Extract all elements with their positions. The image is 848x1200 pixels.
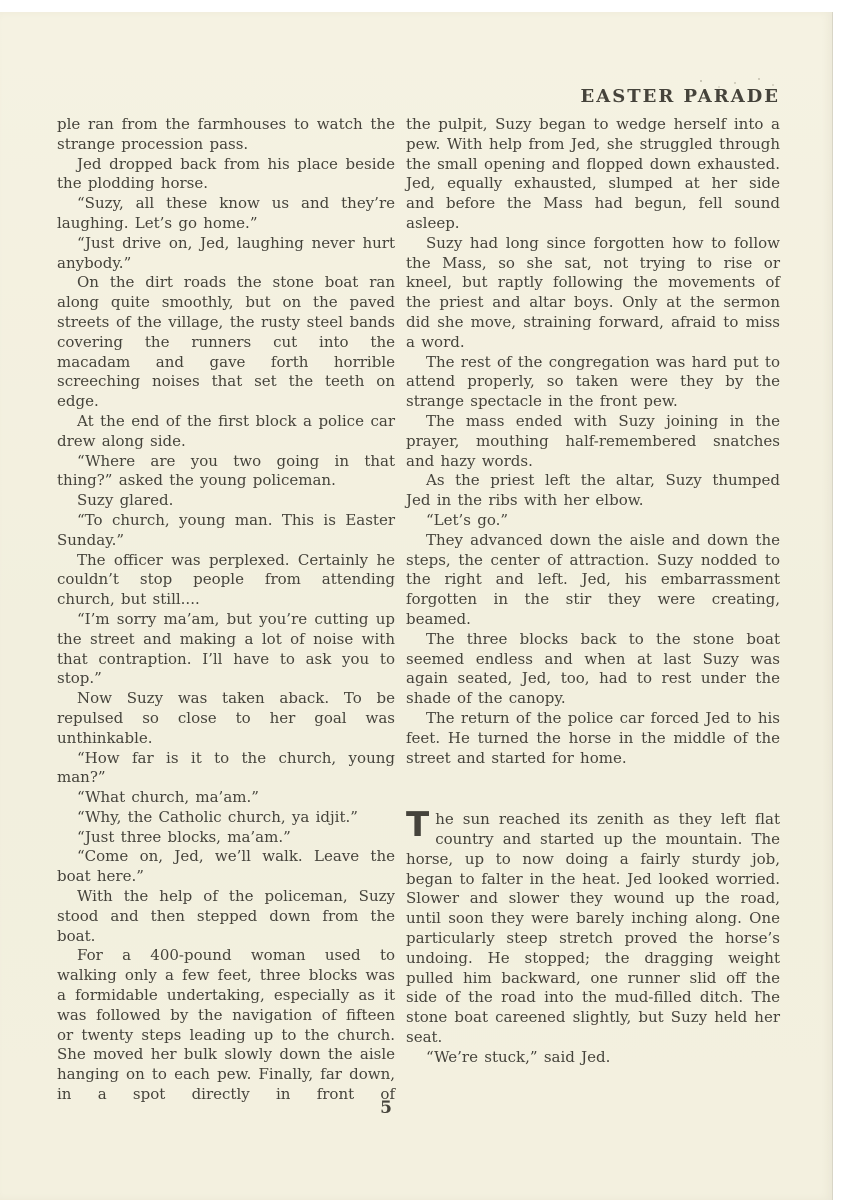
section-opening-paragraph: The sun reached its zenith as they left … — [406, 810, 780, 1048]
paragraph: “What church, ma’am.” — [57, 788, 395, 808]
paragraph: The return of the police car forced Jed … — [406, 709, 780, 768]
section-opening-text: he sun reached its zenith as they left f… — [406, 810, 780, 1046]
paragraph: “Why, the Catholic church, ya idjit.” — [57, 808, 395, 828]
paragraph: “Come on, Jed, we’ll walk. Leave the boa… — [57, 847, 395, 887]
left-text-column: ple ran from the farmhouses to watch the… — [57, 115, 395, 1105]
paragraph: “Suzy, all these know us and they’re lau… — [57, 194, 395, 234]
paragraph: Suzy glared. — [57, 491, 395, 511]
paragraph: The mass ended with Suzy joining in the … — [406, 412, 780, 471]
running-header-title: EASTER PARADE — [406, 86, 780, 107]
paragraph: With the help of the policeman, Suzy sto… — [57, 887, 395, 946]
paragraph: “Let’s go.” — [406, 511, 780, 531]
paragraph: At the end of the first block a police c… — [57, 412, 395, 452]
paragraph: Now Suzy was taken aback. To be repulsed… — [57, 689, 395, 748]
paragraph: “We’re stuck,” said Jed. — [406, 1048, 780, 1068]
drop-cap-letter: T — [406, 810, 435, 841]
paragraph: “Just three blocks, ma’am.” — [57, 828, 395, 848]
paragraph: Suzy had long since forgotten how to fol… — [406, 234, 780, 353]
page-number: 5 — [368, 1098, 404, 1118]
paragraph: The three blocks back to the stone boat … — [406, 630, 780, 709]
paragraph: The officer was perplexed. Certainly he … — [57, 551, 395, 610]
paragraph: Jed dropped back from his place beside t… — [57, 155, 395, 195]
paragraph: “How far is it to the church, young man?… — [57, 749, 395, 789]
paragraph: On the dirt roads the stone boat ran alo… — [57, 273, 395, 412]
paragraph: the pulpit, Suzy began to wedge herself … — [406, 115, 780, 234]
scanned-book-page: EASTER PARADE ple ran from the farmhouse… — [0, 0, 848, 1200]
paragraph: “To church, young man. This is Easter Su… — [57, 511, 395, 551]
paragraph: ple ran from the farmhouses to watch the… — [57, 115, 395, 155]
paragraph: The rest of the congregation was hard pu… — [406, 353, 780, 412]
right-text-column: the pulpit, Suzy began to wedge herself … — [406, 115, 780, 1068]
paragraph: “Just drive on, Jed, laughing never hurt… — [57, 234, 395, 274]
paragraph: “I’m sorry ma’am, but you’re cutting up … — [57, 610, 395, 689]
scan-specks-decoration — [700, 80, 702, 82]
paper-page: EASTER PARADE ple ran from the farmhouse… — [0, 12, 833, 1200]
paragraph: They advanced down the aisle and down th… — [406, 531, 780, 630]
paragraph: “Where are you two going in that thing?”… — [57, 452, 395, 492]
paragraph: As the priest left the altar, Suzy thump… — [406, 471, 780, 511]
paragraph: For a 400-pound woman used to walking on… — [57, 946, 395, 1104]
